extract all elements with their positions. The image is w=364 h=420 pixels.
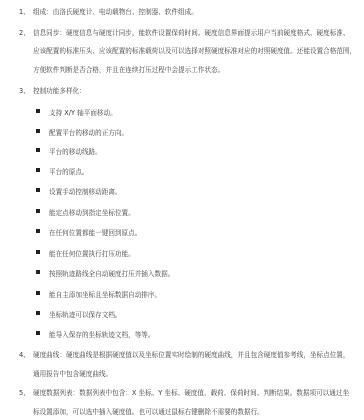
square-bullet-icon (36, 250, 40, 254)
square-bullet-icon (36, 311, 40, 315)
bullet-text: 平台的移动线路。 (49, 146, 102, 156)
bullet-text: 能在任何位置执行打压功能。 (49, 248, 135, 258)
bullet-text: 按照轨迹路线全自动硬度打压并插入数据。 (49, 268, 174, 278)
item-text: 控制功能多样化： (33, 85, 86, 95)
item-text: 硬度数据列表：数据列表中包含：X 坐标、Y 坐标、硬度值、载荷、保荷时间、判断结… (33, 387, 349, 397)
bullet-text: 能导入保存的坐标轨迹文档，等等。 (49, 329, 155, 339)
bullet-text: 能自主添加坐标且坐标数据自动排序。 (49, 289, 161, 299)
item-text-continued: 通用报告中包含硬度曲线。 (33, 368, 112, 378)
item-text-continued: 方便软件判断是否合格，并且在连续打压过程中会提示工作状态。 (33, 64, 224, 74)
item-number: 1、 (19, 6, 30, 16)
square-bullet-icon (36, 168, 40, 172)
item-number: 2、 (19, 27, 30, 37)
square-bullet-icon (36, 331, 40, 335)
square-bullet-icon (36, 229, 40, 233)
bullet-text: 配置平台的移动的正方向。 (49, 127, 128, 137)
bullet-text: 设置手动控制移动距离。 (49, 186, 122, 196)
item-number: 3、 (19, 85, 30, 95)
item-text: 组成：由洛氏硬度计、电动载物台、控制器、软件组成。 (33, 6, 198, 16)
square-bullet-icon (36, 109, 40, 113)
item-text-continued: 标设置添加，可以选中插入硬度值。也可以通过鼠标右键删除不需要的数据行。 (33, 406, 264, 416)
bullet-text: 支持 X/Y 轴平面移动。 (49, 107, 117, 117)
square-bullet-icon (36, 270, 40, 274)
square-bullet-icon (36, 129, 40, 133)
bullet-text: 平台的原点。 (49, 166, 89, 176)
bullet-text: 坐标轨迹可以保存文档。 (49, 309, 122, 319)
item-text-continued: 应该配置的标准压头、应该配置的标准载荷以及可以选择对照硬度标准对应的对照硬度值。… (33, 45, 356, 55)
square-bullet-icon (36, 291, 40, 295)
item-text: 硬度曲线：硬度曲线是根据硬度值以及坐标位置实时绘制的硬度曲线，并且包含硬度值参考… (33, 349, 350, 359)
square-bullet-icon (36, 209, 40, 213)
square-bullet-icon (36, 188, 40, 192)
bullet-text: 在任何位置都能一键回到原点。 (49, 227, 141, 237)
item-text: 信息同步：硬度信息与硬度计同步，能软件设置保荷时间。硬度信息界面提示用户当前硬度… (33, 27, 350, 37)
item-number: 4、 (19, 349, 30, 359)
bullet-text: 能定点移动到指定坐标位置。 (49, 207, 135, 217)
item-number: 5、 (19, 387, 30, 397)
square-bullet-icon (36, 148, 40, 152)
